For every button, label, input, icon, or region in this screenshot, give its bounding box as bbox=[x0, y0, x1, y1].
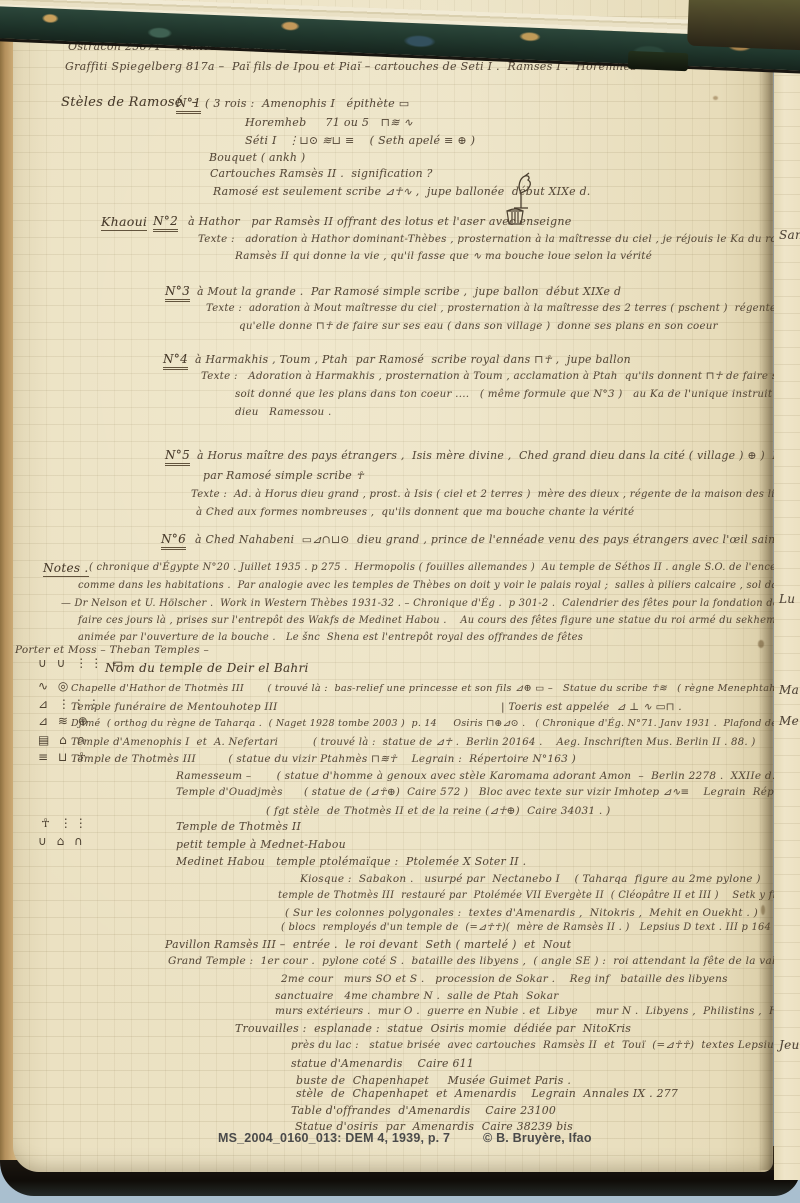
facing-page-text-fragment: Me bbox=[779, 714, 799, 728]
manuscript-line: à Ched Nahabeni ▭⊿∩⊔⊙ dieu grand , princ… bbox=[195, 533, 775, 546]
manuscript-line: par Ramosé simple scribe ☥ bbox=[203, 469, 364, 482]
manuscript-line: Ramesseum – ( statue d'homme à genoux av… bbox=[176, 770, 783, 782]
manuscript-line: temple de Thotmès III restauré par Ptolé… bbox=[278, 890, 800, 901]
manuscript-line: buste de Chapenhapet Musée Guimet Paris … bbox=[296, 1074, 571, 1087]
manuscript-line: ( Sur les colonnes polygonales : textes … bbox=[285, 907, 758, 919]
manuscript-line: comme dans les habitations . Par analogi… bbox=[78, 580, 791, 591]
cover-chip bbox=[628, 51, 689, 71]
manuscript-line: Ramsès II qui donne la vie , qu'il fasse… bbox=[235, 251, 652, 262]
manuscript-line: à Horus maître des pays étrangers , Isis… bbox=[197, 449, 800, 462]
manuscript-line: N°5 bbox=[165, 448, 190, 466]
manuscript-line: N°1 bbox=[176, 96, 201, 114]
facing-page: VeSanLuMaMeJeu bbox=[774, 0, 800, 1180]
cover-corner bbox=[687, 0, 800, 50]
manuscript-line: ( blocs remployés d'un temple de (=⊿☥☥)(… bbox=[281, 922, 800, 933]
manuscript-line: Grand Temple : 1er cour . pylone coté S … bbox=[168, 955, 792, 967]
manuscript-line: à Mout la grande . Par Ramosé simple scr… bbox=[197, 285, 621, 298]
manuscript-line: Texte : Adoration à Harmakhis , prostern… bbox=[201, 371, 800, 382]
section-heading: Khaoui bbox=[101, 214, 147, 231]
manuscript-line: Medinet Habou temple ptolémaïque : Ptole… bbox=[176, 855, 526, 868]
section-heading: Nom du temple de Deir el Bahri bbox=[105, 661, 309, 675]
manuscript-line: Temple de Thotmès III ( statue du vizir … bbox=[71, 753, 576, 765]
manuscript-line: Cartouches Ramsès II . signification ? bbox=[210, 167, 433, 180]
facing-page-text-fragment: Jeu bbox=[779, 1038, 800, 1052]
manuscript-line: Porter et Moss – Theban Temples – bbox=[15, 644, 209, 656]
manuscript-line: près du lac : statue brisée avec cartouc… bbox=[291, 1040, 800, 1051]
manuscript-line: animée par l'ouverture de la bouche . Le… bbox=[78, 632, 583, 643]
manuscript-line: à Harmakhis , Toum , Ptah par Ramosé scr… bbox=[195, 353, 631, 366]
manuscript-line: dieu Ramessou . bbox=[235, 407, 331, 418]
manuscript-page: MS_2004_0160_013: DEM 4, 1939, p. 7 © B.… bbox=[13, 0, 773, 1172]
manuscript-line: petit temple à Mednet-Habou bbox=[176, 838, 346, 851]
section-heading: Notes . bbox=[43, 561, 89, 577]
manuscript-line: Djimé ( orthog du règne de Taharqa . ( N… bbox=[71, 718, 800, 729]
manuscript-line: ( chronique d'Égypte N°20 . Juillet 1935… bbox=[89, 562, 800, 573]
age-spot bbox=[713, 96, 718, 100]
manuscript-line: N°2 bbox=[153, 214, 178, 232]
manuscript-line: 2me cour murs SO et S . procession de So… bbox=[281, 973, 728, 985]
manuscript-line: — Dr Nelson et U. Hölscher . Work in Wes… bbox=[61, 598, 800, 609]
manuscript-line: qu'elle donne ⊓☥ de faire sur ses eau ( … bbox=[239, 321, 718, 332]
manuscript-line: stèle de Chapenhapet et Amenardis Legrai… bbox=[296, 1087, 678, 1100]
manuscript-line: statue d'Amenardis Caire 611 bbox=[291, 1057, 474, 1070]
manuscript-line: ( fgt stèle de Thotmès II et de la reine… bbox=[266, 805, 611, 817]
manuscript-line: Texte : adoration à Mout maîtresse du ci… bbox=[206, 303, 800, 314]
manuscript-line: Statue d'osiris par Amenardis Caire 3823… bbox=[295, 1120, 573, 1133]
manuscript-line: faire ces jours là , prises sur l'entrep… bbox=[78, 615, 776, 626]
manuscript-line: ( 3 rois : Amenophis I épithète ▭ bbox=[205, 97, 409, 110]
manuscript-line: Temple de Thotmès II bbox=[176, 820, 301, 833]
manuscript-line: Texte : Ad. à Horus dieu grand , prost. … bbox=[191, 489, 800, 500]
manuscript-line: Trouvailles : esplanade : statue Osiris … bbox=[235, 1022, 631, 1035]
manuscript-line: murs extérieurs . mur O . guerre en Nubi… bbox=[275, 1005, 800, 1017]
manuscript-line: Table d'offrandes d'Amenardis Caire 2310… bbox=[291, 1104, 556, 1117]
facing-page-text-fragment: Lu bbox=[779, 592, 795, 606]
manuscript-line: N°4 bbox=[163, 352, 188, 370]
manuscript-line: ☥ ⋮⋮ bbox=[41, 816, 90, 830]
manuscript-line: | Toeris est appelée ⊿ ⊥ ∿ ▭⊓ . bbox=[501, 701, 682, 713]
manuscript-line: Chapelle d'Hathor de Thotmès III ( trouv… bbox=[71, 683, 800, 694]
manuscript-line: Horemheb 71 ou 5 ⊓≋ ∿ bbox=[245, 116, 413, 129]
manuscript-line: Séti I ⋮⊔⊙ ≋⊔ ≡ ( Seth apelé ≡ ⊕ ) bbox=[245, 134, 475, 147]
manuscript-line: Temple funéraire de Mentouhotep III bbox=[71, 701, 278, 713]
manuscript-line: Kiosque : Sabakon . usurpé par Nectanebo… bbox=[300, 873, 761, 885]
manuscript-line: Pavillon Ramsès III – entrée . le roi de… bbox=[165, 938, 571, 951]
scanned-notebook-photo: MS_2004_0160_013: DEM 4, 1939, p. 7 © B.… bbox=[0, 0, 800, 1203]
manuscript-line: Ramosé est seulement scribe ⊿☥∿ , jupe b… bbox=[213, 185, 591, 198]
manuscript-line: N°3 bbox=[165, 284, 190, 302]
manuscript-line: Bouquet ( ankh ) bbox=[209, 151, 305, 164]
copyright-credit: © B. Bruyère, Ifao bbox=[483, 1131, 592, 1145]
manuscript-line: ∿ ◎ bbox=[38, 679, 71, 693]
manuscript-line: sanctuaire 4me chambre N . salle de Ptah… bbox=[275, 990, 559, 1002]
manuscript-line: Temple d'Amenophis I et A. Nefertari ( t… bbox=[71, 737, 756, 748]
manuscript-line: Texte : adoration à Hathor dominant-Thèb… bbox=[198, 234, 800, 245]
manuscript-line: à Hathor par Ramsès II offrant des lotus… bbox=[188, 215, 572, 228]
facing-page-text-fragment: San bbox=[779, 228, 800, 242]
archive-id-text: MS_2004_0160_013: DEM 4, 1939, p. 7 bbox=[218, 1131, 450, 1145]
manuscript-line: Temple d'Ouadjmès ( statue de (⊿☥⊕) Cair… bbox=[176, 787, 800, 798]
facing-page-text-fragment: Ma bbox=[779, 683, 799, 697]
manuscript-line: soit donné que les plans dans ton coeur … bbox=[235, 389, 800, 400]
manuscript-line: à Ched aux formes nombreuses , qu'ils do… bbox=[196, 507, 634, 518]
manuscript-line: N°6 bbox=[161, 532, 186, 550]
manuscript-line: ∪ ⌂ ∩ bbox=[38, 834, 86, 848]
